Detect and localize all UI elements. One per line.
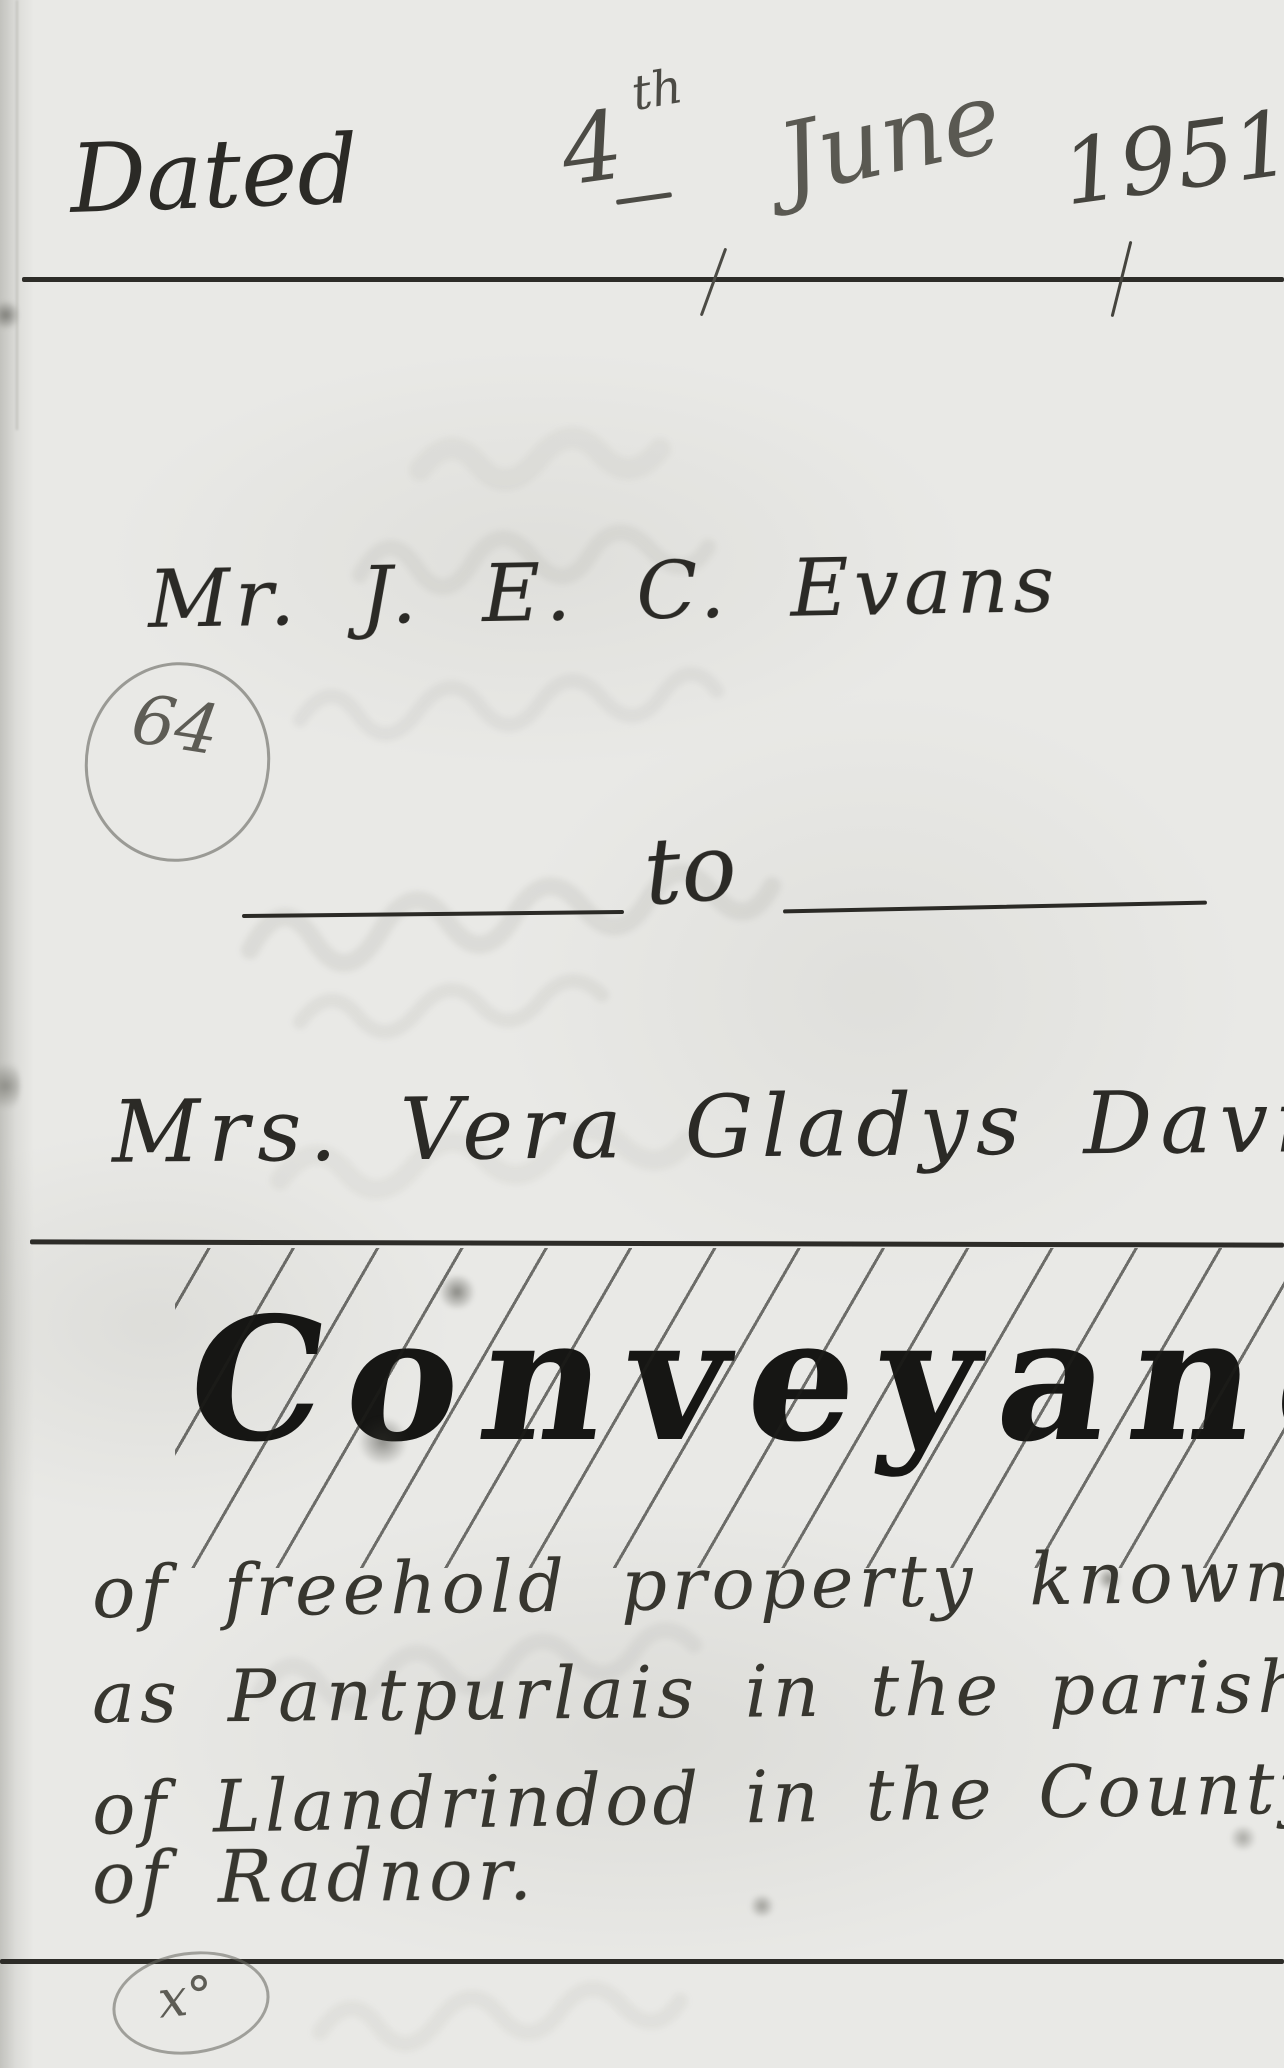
folio-number: 64 [127,686,223,767]
description-line-1: of freehold property known [92,1540,1284,1629]
to-divider-line-right [783,901,1207,914]
description-line-4: of Radnor. [92,1838,537,1914]
day-descender-stroke [700,248,727,317]
description-line-3: of Llandrindod in the County [91,1751,1284,1844]
edge-smudge [0,1056,20,1116]
date-day: 4 [556,98,629,200]
ink-smudge [748,1895,776,1917]
description-line-2: as Pantpurlais in the parish [92,1651,1284,1734]
to-connector: to [641,821,740,919]
date-day-suffix: th [628,62,686,118]
grantor-name: Mr. J. E. C. Evans [147,544,1060,640]
date-year: 1951. [1057,95,1284,220]
deed-cover-page: Dated 4 th June 1951. Mr. J. E. C. Evans… [0,0,1284,2068]
to-divider-line-left [242,910,624,918]
middle-rule [30,1239,1284,1247]
top-rule [22,277,1284,282]
paper-fold-crease [16,0,18,430]
date-month: June [770,68,1009,210]
dated-label: Dated [68,123,359,228]
grantee-name: Mrs. Vera Gladys Davies [112,1078,1284,1175]
title-flourish-strokes [175,1248,1284,1568]
ink-smudge [356,1418,410,1464]
bottom-mark: x° [155,1969,215,2026]
ink-smudge [437,1275,477,1309]
